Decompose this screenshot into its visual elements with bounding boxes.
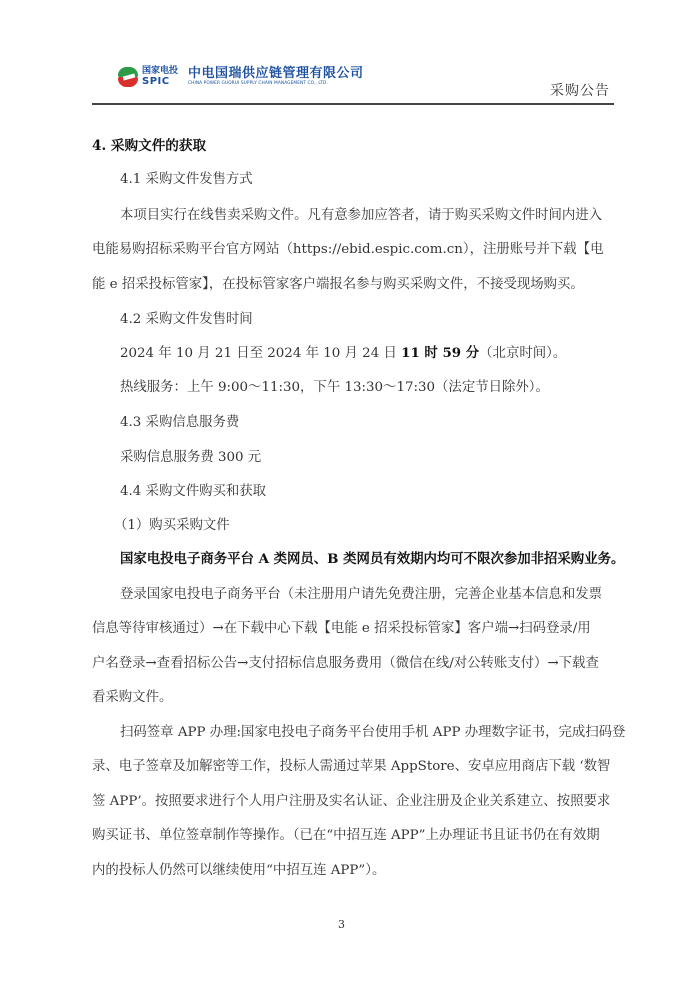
paragraph-line: 录、电子签章及加解密等工作，投标人需通过苹果 AppStore、安卓应用商店下载… [92, 755, 610, 774]
section-title: 4. 采购文件的获取 [92, 134, 206, 154]
logo-spic: SPIC [142, 76, 178, 87]
company-name: 中电国瑞供应链管理有限公司 CHINA POWER GUORUI SUPPLY … [188, 66, 364, 87]
subsection-4-4-title: 4.4 采购文件购买和获取 [120, 480, 266, 499]
subsection-4-4-1-title: （1）购买采购文件 [114, 514, 230, 533]
sale-time-deadline: 11 时 59 分 [401, 345, 479, 361]
paragraph-line: 购买证书、单位签章制作等操作。（已在“中招互连 APP”上办理证书且证书仍在有效… [92, 824, 600, 843]
paragraph-line: 看采购文件。 [92, 686, 172, 705]
page-header: 国家电投 SPIC 中电国瑞供应链管理有限公司 CHINA POWER GUOR… [92, 58, 614, 104]
page-number: 3 [338, 918, 345, 931]
logo-brand-text: 国家电投 SPIC [142, 66, 178, 87]
sale-time-suffix: （北京时间）。 [479, 346, 566, 361]
sale-time-prefix: 2024 年 10 月 21 日至 2024 年 10 月 24 日 [120, 346, 401, 361]
document-type: 采购公告 [550, 80, 610, 100]
company-logo: 国家电投 SPIC 中电国瑞供应链管理有限公司 CHINA POWER GUOR… [118, 66, 364, 87]
company-name-en: CHINA POWER GUORUI SUPPLY CHAIN MANAGEME… [188, 81, 364, 87]
bold-notice: 国家电投电子商务平台 A 类网员、B 类网员有效期内均可不限次参加非招采购业务。 [120, 548, 624, 567]
fee-line: 采购信息服务费 300 元 [120, 446, 261, 465]
paragraph-line: 户名登录→查看招标公告→支付招标信息服务费用（微信在线/对公转账支付）→下载查 [92, 652, 599, 671]
subsection-4-2-title: 4.2 采购文件发售时间 [120, 308, 253, 327]
paragraph-line: 登录国家电投电子商务平台（未注册用户请先免费注册，完善企业基本信息和发票 [120, 583, 602, 602]
paragraph-line: 内的投标人仍然可以继续使用“中招互连 APP”）。 [92, 859, 385, 878]
paragraph-line: 能 e 招采投标管家】，在投标管家客户端报名参与购买采购文件，不接受现场购买。 [92, 273, 584, 292]
paragraph-line: 信息等待审核通过）→在下载中心下载【电能 e 招采投标管家】客户端→扫码登录/用 [92, 617, 591, 636]
sale-time-line: 2024 年 10 月 21 日至 2024 年 10 月 24 日 11 时 … [120, 342, 566, 361]
hotline-line: 热线服务：上午 9:00～11:30，下午 13:30～17:30（法定节日除外… [120, 376, 549, 395]
paragraph-line: 本项目实行在线售卖采购文件。凡有意参加应答者，请于购买采购文件时间内进入 [120, 204, 602, 223]
spic-logo-icon [118, 67, 138, 87]
logo-cn-small: 国家电投 [142, 66, 178, 76]
company-name-cn: 中电国瑞供应链管理有限公司 [188, 66, 364, 81]
subsection-4-1-title: 4.1 采购文件发售方式 [120, 168, 253, 187]
paragraph-line: 扫码签章 APP 办理:国家电投电子商务平台使用手机 APP 办理数字证书，完成… [120, 721, 625, 740]
paragraph-line: 签 APP’。按照要求进行个人用户注册及实名认证、企业注册及企业关系建立、按照要… [92, 790, 610, 809]
paragraph-line: 电能易购招标采购平台官方网站（https://ebid.espic.com.cn… [92, 238, 603, 257]
header-divider [92, 103, 614, 105]
subsection-4-3-title: 4.3 采购信息服务费 [120, 411, 239, 430]
